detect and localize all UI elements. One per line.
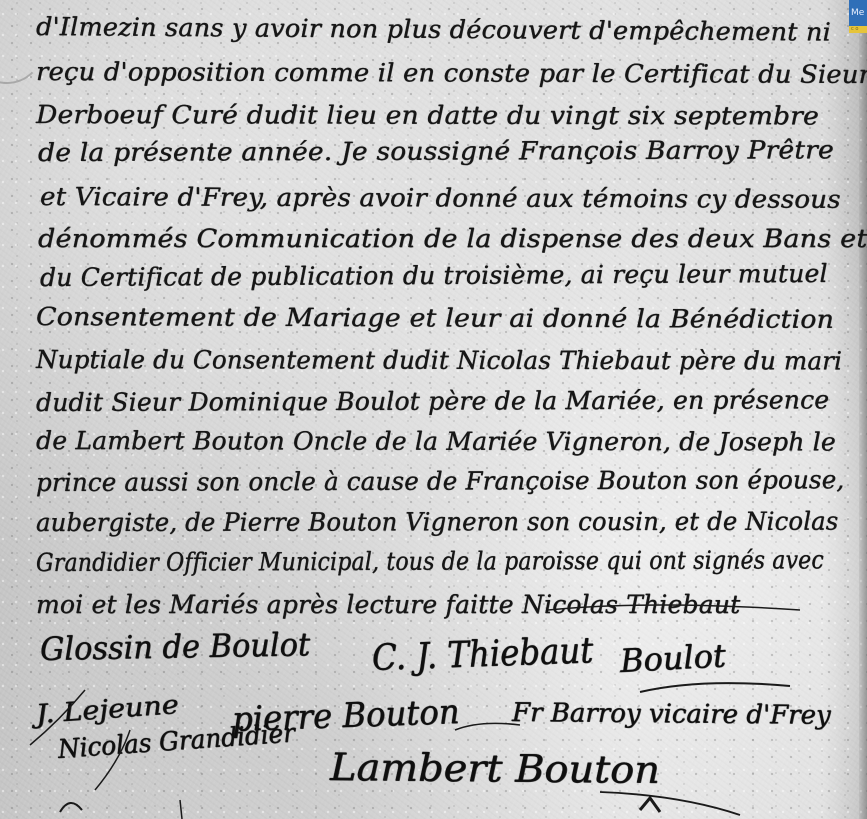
watermark-badge: Me c o: [849, 0, 867, 34]
watermark-badge-top: Me: [849, 0, 867, 26]
text-line-11: de Lambert Bouton Oncle de la Mariée Vig…: [36, 426, 836, 456]
text-line-13: aubergiste, de Pierre Bouton Vigneron so…: [36, 507, 838, 537]
signature-glossin-de-boulot: Glossin de Boulot: [40, 625, 311, 668]
watermark-badge-bottom: c o: [849, 26, 867, 33]
text-line-12: prince aussi son oncle à cause de Franço…: [36, 465, 844, 497]
text-line-3: Derboeuf Curé dudit lieu en datte du vin…: [36, 100, 819, 130]
text-line-6: dénommés Communication de la dispense de…: [38, 224, 867, 253]
page-edge-shadow: [859, 0, 867, 819]
signature-boulot: Boulot: [619, 636, 727, 679]
text-line-7: du Certificat de publication du troisièm…: [40, 259, 828, 292]
scanned-register-page: d'Ilmezin sans y avoir non plus découver…: [0, 0, 867, 819]
signature-barroy-vicaire: Fr Barroy vicaire d'Frey: [512, 698, 831, 731]
text-line-14: Grandidier Officier Municipal, tous de l…: [36, 545, 824, 577]
text-line-5: et Vicaire d'Frey, après avoir donné aux…: [40, 182, 841, 214]
signature-thiebaut: C. J. Thiebaut: [371, 630, 594, 679]
signature-lejeune: J. Lejeune: [35, 690, 180, 730]
text-line-9: Nuptiale du Consentement dudit Nicolas T…: [36, 345, 842, 375]
text-line-2: reçu d'opposition comme il en conste par…: [36, 57, 867, 89]
text-line-10: dudit Sieur Dominique Boulot père de la …: [36, 385, 829, 417]
text-line-15: moi et les Mariés après lecture faitte N…: [36, 590, 740, 619]
text-line-8: Consentement de Mariage et leur ai donné…: [36, 302, 834, 334]
text-line-4: de la présente année. Je soussigné Franç…: [38, 135, 834, 167]
signature-lambert-bouton: Lambert Bouton: [330, 745, 660, 792]
text-line-1: d'Ilmezin sans y avoir non plus découver…: [36, 12, 831, 47]
